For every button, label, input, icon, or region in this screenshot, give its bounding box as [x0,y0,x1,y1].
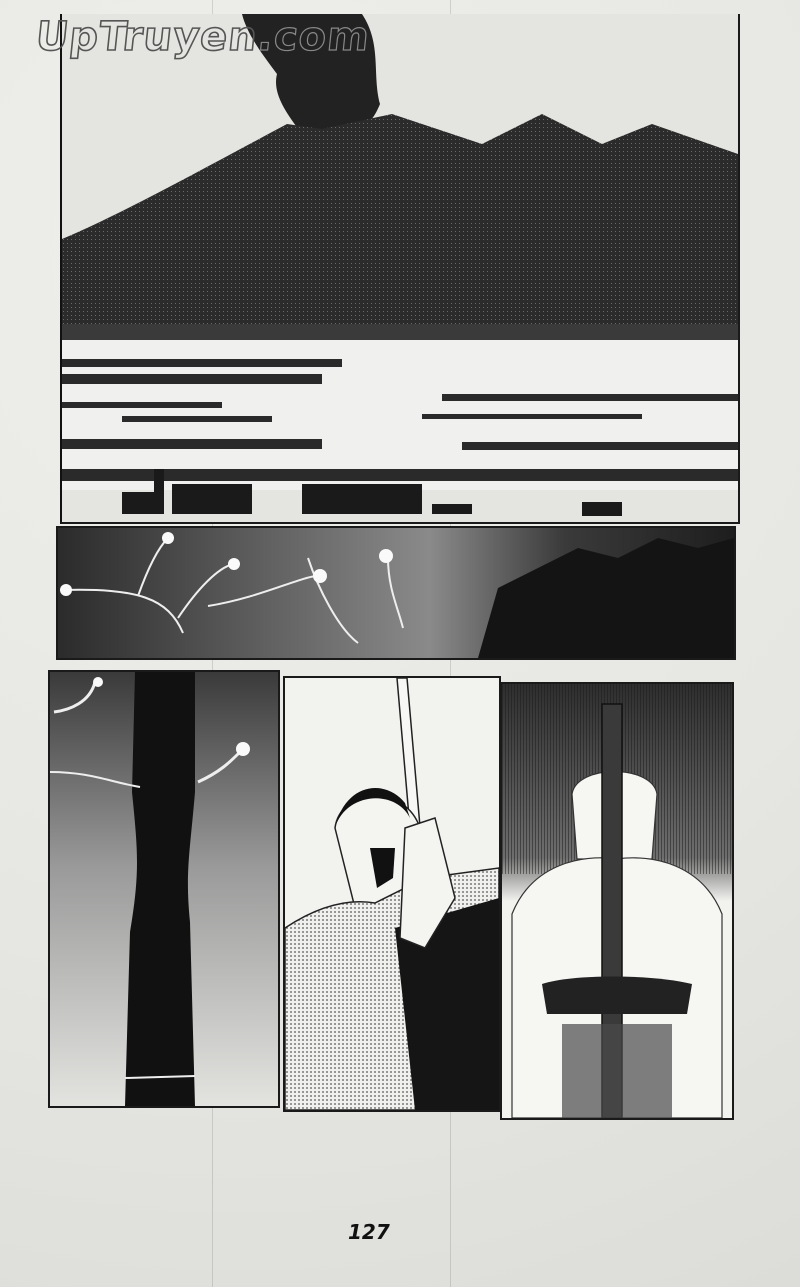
volcano-illustration [62,14,738,522]
fireflies-illustration [58,528,734,658]
panel-fireflies [56,526,736,660]
watermark-site: UpTruyen [34,14,261,60]
figure-illustration [502,684,732,1118]
panel-figure-behind-sword [500,682,734,1120]
manga-page: UpTruyen.com 127 [0,0,800,1287]
panel-tree [48,670,280,1108]
panel-volcano [60,14,740,524]
panel-swordsman [283,676,501,1112]
site-watermark: UpTruyen.com [34,14,373,60]
tree-illustration [50,672,278,1106]
page-number: 127 [348,1220,390,1244]
swordsman-illustration [285,678,499,1110]
watermark-suffix: .com [255,14,372,60]
